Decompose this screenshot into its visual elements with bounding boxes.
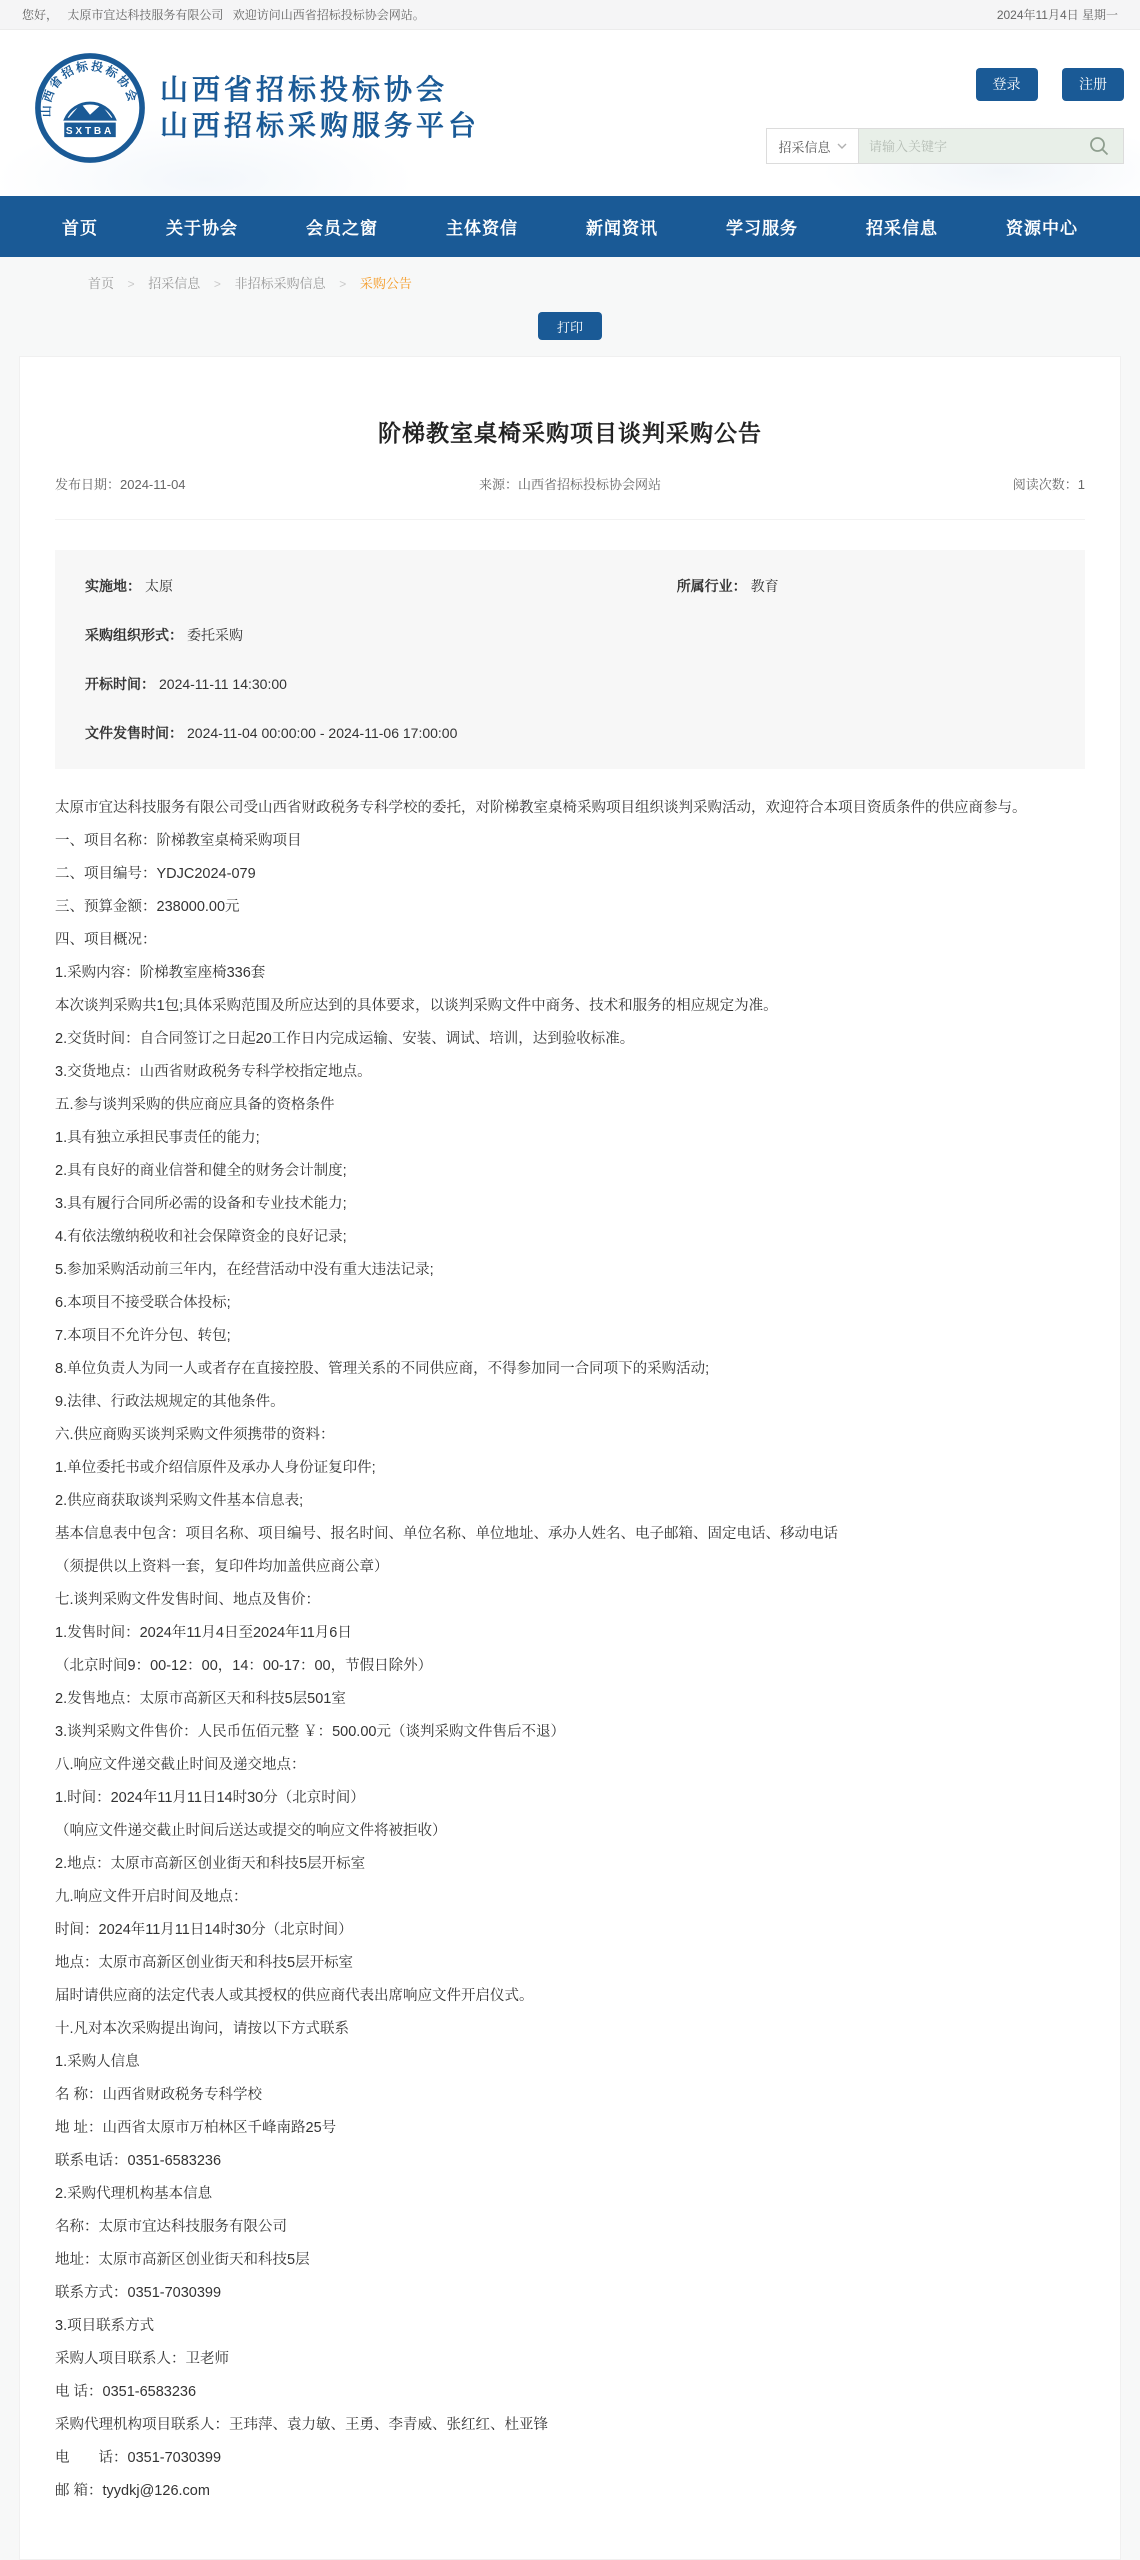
site-header: 山西省招标投标协会 SXTBA 山西省招标投标协会 山西招标采购服务平台 登录 … <box>0 30 1140 196</box>
chevron-down-icon <box>837 143 847 149</box>
search-button[interactable] <box>1075 129 1123 163</box>
article-paragraph: 3.具有履行合同所必需的设备和专业技术能力; <box>55 1193 1085 1215</box>
article-paragraph: 采购代理机构项目联系人：王玮萍、袁力敏、王勇、李青威、张红红、杜亚锋 <box>55 2414 1085 2436</box>
search-icon <box>1088 135 1110 157</box>
breadcrumb-segment: 招采信息 > <box>148 276 234 291</box>
article-paragraph: 联系电话：0351-6583236 <box>55 2150 1085 2172</box>
article-paragraph: （北京时间9：00-12：00，14：00-17：00，节假日除外） <box>55 1655 1085 1677</box>
article-paragraph: 六.供应商购买谈判采购文件须携带的资料： <box>55 1424 1085 1446</box>
info-row: 开标时间：2024-11-11 14:30:00 <box>85 674 1055 694</box>
article-paragraph: 届时请供应商的法定代表人或其授权的供应商代表出席响应文件开启仪式。 <box>55 1985 1085 2007</box>
view-count: 阅读次数：1 <box>742 474 1085 493</box>
article-paragraph: 名称：太原市宜达科技服务有限公司 <box>55 2216 1085 2238</box>
info-sale-time: 文件发售时间：2024-11-04 00:00:00 - 2024-11-06 … <box>85 723 457 743</box>
article-paragraph: 2.交货时间：自合同签订之日起20工作日内完成运输、安装、调试、培训，达到验收标… <box>55 1028 1085 1050</box>
welcome-text: 欢迎访问山西省招标投标协会网站。 <box>233 8 425 22</box>
breadcrumb-link[interactable]: 首页 <box>88 276 114 291</box>
article-paragraph: 4.有依法缴纳税收和社会保障资金的良好记录; <box>55 1226 1085 1248</box>
info-row: 实施地：太原 所属行业：教育 <box>85 576 1055 596</box>
article-paragraph: 五.参与谈判采购的供应商应具备的资格条件 <box>55 1094 1085 1116</box>
article-paragraph: 1.发售时间：2024年11月4日至2024年11月6日 <box>55 1622 1085 1644</box>
nav-item[interactable]: 学习服务 <box>712 196 812 257</box>
site-title-line1: 山西省招标投标协会 <box>160 72 480 108</box>
article-paragraph: 2.发售地点：太原市高新区天和科技5层501室 <box>55 1688 1085 1710</box>
article-paragraph: 一、项目名称：阶梯教室桌椅采购项目 <box>55 830 1085 852</box>
toolbar: 打印 <box>0 298 1140 356</box>
article-paragraph: 3.谈判采购文件售价：人民币伍佰元整 ￥：500.00元（谈判采购文件售后不退） <box>55 1721 1085 1743</box>
svg-text:SXTBA: SXTBA <box>66 126 114 137</box>
article-body: 太原市宜达科技服务有限公司受山西省财政税务专科学校的委托，对阶梯教室桌椅采购项目… <box>55 797 1085 2502</box>
breadcrumb-segment: 首页 > <box>88 276 148 291</box>
article-paragraph: 3.项目联系方式 <box>55 2315 1085 2337</box>
article-source: 来源：山西省招标投标协会网站 <box>398 474 741 493</box>
article-paragraph: 邮 箱：tyydkj@126.com <box>55 2480 1085 2502</box>
login-button[interactable]: 登录 <box>976 68 1038 101</box>
article-paragraph: 地 址：山西省太原市万柏林区千峰南路25号 <box>55 2117 1085 2139</box>
article-paragraph: 5.参加采购活动前三年内，在经营活动中没有重大违法记录; <box>55 1259 1085 1281</box>
search-bar: 招采信息 <box>766 128 1124 164</box>
topbar: 您好， 太原市宜达科技服务有限公司 欢迎访问山西省招标投标协会网站。 2024年… <box>0 0 1140 30</box>
article-paragraph: 名 称：山西省财政税务专科学校 <box>55 2084 1085 2106</box>
article-paragraph: 6.本项目不接受联合体投标; <box>55 1292 1085 1314</box>
main-nav: 首页关于协会会员之窗主体资信新闻资讯学习服务招采信息资源中心 <box>0 196 1140 257</box>
breadcrumb-current: 采购公告 <box>360 276 412 291</box>
print-button[interactable]: 打印 <box>538 312 602 340</box>
article-card: 阶梯教室桌椅采购项目谈判采购公告 发布日期：2024-11-04 来源：山西省招… <box>19 356 1121 2560</box>
site-title-line2: 山西招标采购服务平台 <box>160 108 480 144</box>
article-paragraph: 八.响应文件递交截止时间及递交地点： <box>55 1754 1085 1776</box>
association-logo-icon: 山西省招标投标协会 SXTBA <box>34 52 146 164</box>
site-title: 山西省招标投标协会 山西招标采购服务平台 <box>160 72 480 144</box>
publish-date: 发布日期：2024-11-04 <box>55 474 398 493</box>
article-paragraph: 四、项目概况： <box>55 929 1085 951</box>
nav-item[interactable]: 新闻资讯 <box>572 196 672 257</box>
article-paragraph: 地址：太原市高新区创业街天和科技5层 <box>55 2249 1085 2271</box>
breadcrumb-separator: > <box>128 277 135 291</box>
nav-item[interactable]: 主体资信 <box>432 196 532 257</box>
article-paragraph: 1.具有独立承担民事责任的能力; <box>55 1127 1085 1149</box>
nav-item[interactable]: 资源中心 <box>992 196 1092 257</box>
article-paragraph: 二、项目编号：YDJC2024-079 <box>55 863 1085 885</box>
article-paragraph: 时间：2024年11月11日14时30分（北京时间） <box>55 1919 1085 1941</box>
article-paragraph: 9.法律、行政法规规定的其他条件。 <box>55 1391 1085 1413</box>
article-paragraph: 七.谈判采购文件发售时间、地点及售价： <box>55 1589 1085 1611</box>
info-place: 实施地：太原 <box>85 576 677 596</box>
article-paragraph: 本次谈判采购共1包;具体采购范围及所应达到的具体要求，以谈判采购文件中商务、技术… <box>55 995 1085 1017</box>
page-body: 首页 > 招采信息 > 非招标采购信息 > 采购公告 打印 阶梯教室桌椅采购项目… <box>0 257 1140 2560</box>
article-paragraph: 电 话：0351-7030399 <box>55 2447 1085 2469</box>
article-paragraph: 1.单位委托书或介绍信原件及承办人身份证复印件; <box>55 1457 1085 1479</box>
article-paragraph: 1.采购内容：阶梯教室座椅336套 <box>55 962 1085 984</box>
article-paragraph: 太原市宜达科技服务有限公司受山西省财政税务专科学校的委托，对阶梯教室桌椅采购项目… <box>55 797 1085 819</box>
article-paragraph: 3.交货地点：山西省财政税务专科学校指定地点。 <box>55 1061 1085 1083</box>
article-paragraph: 2.地点：太原市高新区创业街天和科技5层开标室 <box>55 1853 1085 1875</box>
search-category-label: 招采信息 <box>778 137 830 156</box>
breadcrumb: 首页 > 招采信息 > 非招标采购信息 > 采购公告 <box>0 257 1140 298</box>
article-paragraph: 7.本项目不允许分包、转包; <box>55 1325 1085 1347</box>
article-paragraph: 地点：太原市高新区创业街天和科技5层开标室 <box>55 1952 1085 1974</box>
page-title: 阶梯教室桌椅采购项目谈判采购公告 <box>55 415 1085 448</box>
info-row: 采购组织形式：委托采购 <box>85 625 1055 645</box>
company-name: 太原市宜达科技服务有限公司 <box>67 8 223 22</box>
article-meta: 发布日期：2024-11-04 来源：山西省招标投标协会网站 阅读次数：1 <box>55 474 1085 520</box>
nav-item[interactable]: 首页 <box>48 196 112 257</box>
info-row: 文件发售时间：2024-11-04 00:00:00 - 2024-11-06 … <box>85 723 1055 743</box>
topbar-date: 2024年11月4日 星期一 <box>997 6 1118 23</box>
topbar-greeting: 您好， 太原市宜达科技服务有限公司 欢迎访问山西省招标投标协会网站。 <box>22 6 431 23</box>
article-paragraph: 三、预算金额：238000.00元 <box>55 896 1085 918</box>
article-paragraph: 联系方式：0351-7030399 <box>55 2282 1085 2304</box>
greeting-text: 您好， <box>22 8 58 22</box>
breadcrumb-separator: > <box>339 277 346 291</box>
register-button[interactable]: 注册 <box>1062 68 1124 101</box>
breadcrumb-separator: > <box>214 277 221 291</box>
article-paragraph: 2.采购代理机构基本信息 <box>55 2183 1085 2205</box>
project-info-box: 实施地：太原 所属行业：教育 采购组织形式：委托采购 开标时间：2024-11-… <box>55 550 1085 769</box>
article-paragraph: 1.采购人信息 <box>55 2051 1085 2073</box>
article-paragraph: 1.时间：2024年11月11日14时30分（北京时间） <box>55 1787 1085 1809</box>
info-industry: 所属行业：教育 <box>677 576 779 596</box>
article-paragraph: 电 话：0351-6583236 <box>55 2381 1085 2403</box>
breadcrumb-link[interactable]: 招采信息 <box>148 276 200 291</box>
brand: 山西省招标投标协会 SXTBA 山西省招标投标协会 山西招标采购服务平台 <box>34 52 480 164</box>
info-open-time: 开标时间：2024-11-11 14:30:00 <box>85 674 287 694</box>
nav-item[interactable]: 关于协会 <box>152 196 252 257</box>
search-input[interactable] <box>859 129 1075 163</box>
article-paragraph: 九.响应文件开启时间及地点： <box>55 1886 1085 1908</box>
search-category-select[interactable]: 招采信息 <box>767 129 859 163</box>
info-org-form: 采购组织形式：委托采购 <box>85 625 243 645</box>
article-paragraph: 2.具有良好的商业信誉和健全的财务会计制度; <box>55 1160 1085 1182</box>
article-paragraph: 8.单位负责人为同一人或者存在直接控股、管理关系的不同供应商，不得参加同一合同项… <box>55 1358 1085 1380</box>
article-paragraph: 基本信息表中包含：项目名称、项目编号、报名时间、单位名称、单位地址、承办人姓名、… <box>55 1523 1085 1545</box>
breadcrumb-link[interactable]: 非招标采购信息 <box>235 276 326 291</box>
nav-item[interactable]: 会员之窗 <box>292 196 392 257</box>
article-paragraph: （响应文件递交截止时间后送达或提交的响应文件将被拒收） <box>55 1820 1085 1842</box>
article-paragraph: （须提供以上资料一套，复印件均加盖供应商公章） <box>55 1556 1085 1578</box>
nav-item[interactable]: 招采信息 <box>852 196 952 257</box>
article-paragraph: 2.供应商获取谈判采购文件基本信息表; <box>55 1490 1085 1512</box>
auth-buttons: 登录 注册 <box>956 68 1124 101</box>
article-paragraph: 十.凡对本次采购提出询问，请按以下方式联系 <box>55 2018 1085 2040</box>
article-paragraph: 采购人项目联系人：卫老师 <box>55 2348 1085 2370</box>
breadcrumb-segment: 非招标采购信息 > <box>235 276 360 291</box>
